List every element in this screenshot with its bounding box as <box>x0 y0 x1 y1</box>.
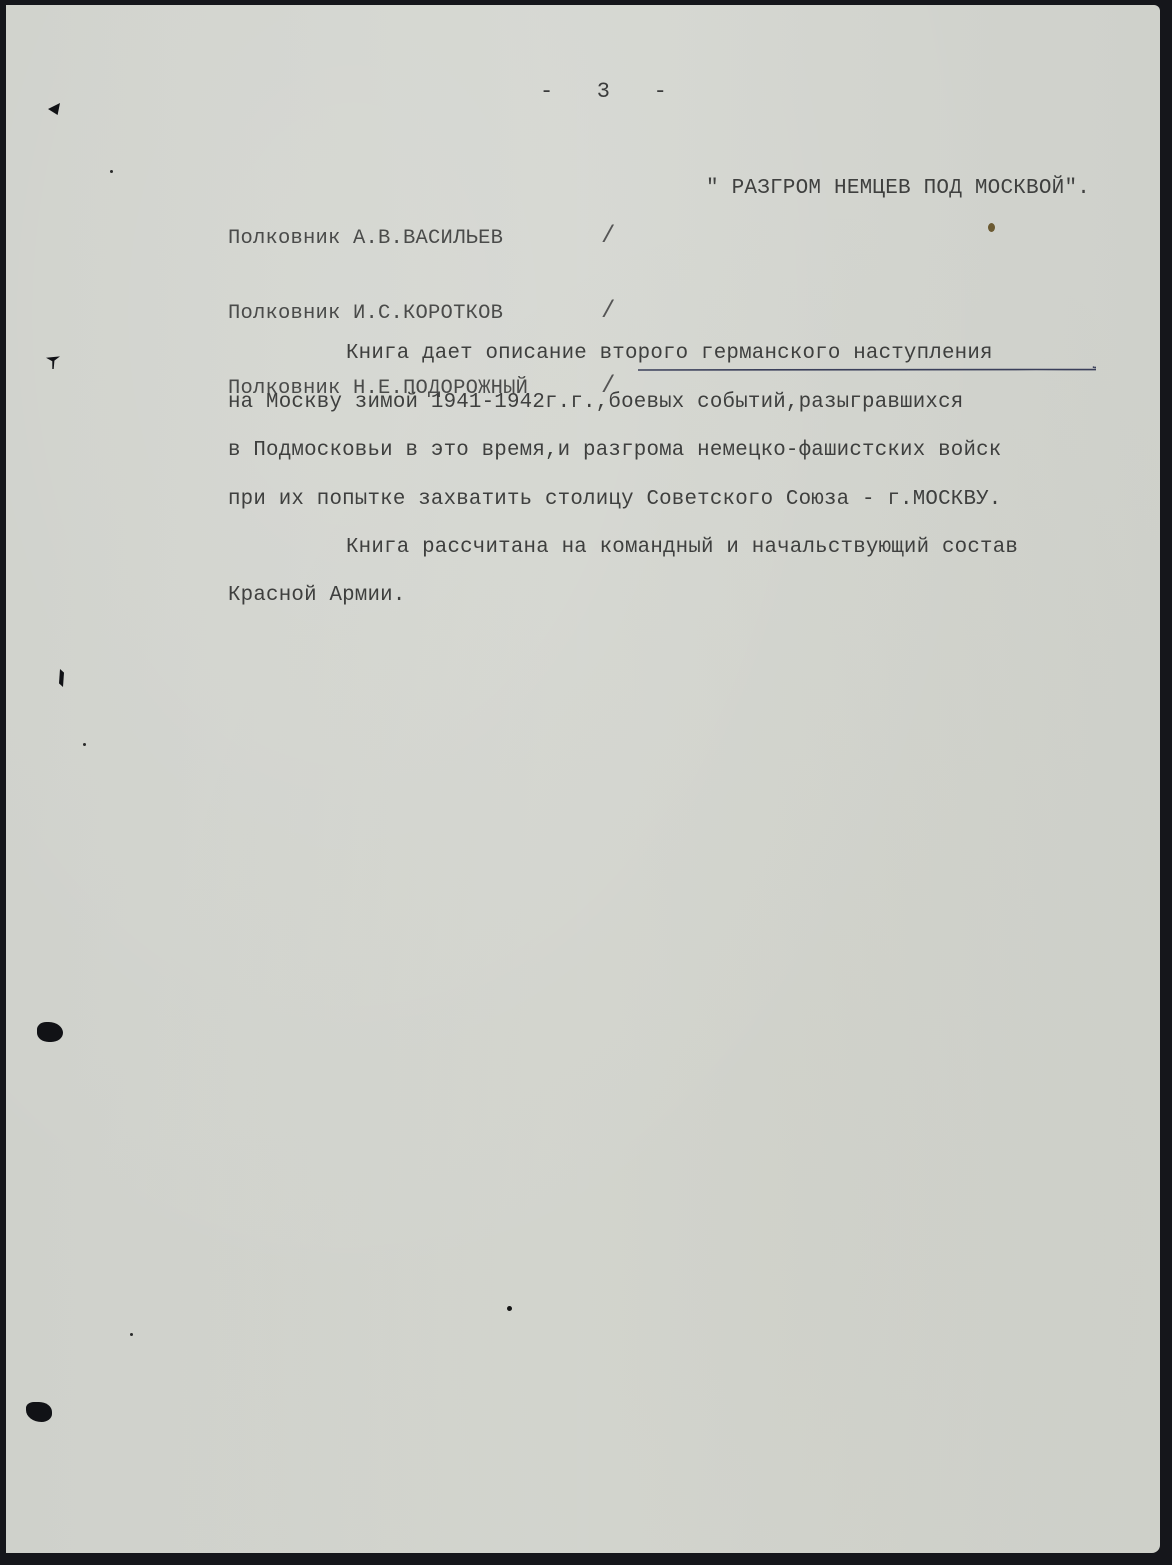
body-line: Книга дает описание второго германского … <box>346 342 993 365</box>
author-rank: Полковник <box>228 302 341 325</box>
author-row: Полковник А.В.ВАСИЛЬЕВ/ <box>228 226 528 251</box>
handwritten-underline <box>636 366 1096 372</box>
body-line: Книга рассчитана на командный и начальст… <box>346 536 1018 559</box>
paper-speck <box>988 223 995 232</box>
paper-speck <box>507 1306 512 1311</box>
paper-speck <box>130 1333 133 1336</box>
paper-speck <box>110 170 113 173</box>
body-line: при их попытке захватить столицу Советск… <box>228 488 1002 511</box>
body-line: в Подмосковьи в это время,и разгрома нем… <box>228 439 1002 462</box>
author-name: И.С.КОРОТКОВ <box>353 302 503 325</box>
author-name: А.В.ВАСИЛЬЕВ <box>353 227 503 250</box>
body-line: Красной Армии. <box>228 584 406 607</box>
book-title: " РАЗГРОМ НЕМЦЕВ ПОД МОСКВОЙ". <box>706 177 1090 200</box>
paper-speck <box>83 743 86 746</box>
document-page: - 3 - Полковник А.В.ВАСИЛЬЕВ/ Полковник … <box>6 5 1160 1553</box>
punch-hole-mark <box>48 103 60 115</box>
author-separator: / <box>601 224 616 249</box>
punch-hole-mark <box>37 1022 63 1042</box>
author-rank: Полковник <box>228 227 341 250</box>
punch-hole-mark <box>26 1402 52 1422</box>
punch-hole-mark <box>46 355 60 369</box>
body-line: на Москву зимой 1941-1942г.г.,боевых соб… <box>228 391 963 414</box>
author-separator: / <box>601 299 616 324</box>
page-number: - 3 - <box>540 79 667 104</box>
punch-hole-mark <box>57 669 67 687</box>
author-row: Полковник И.С.КОРОТКОВ/ <box>228 301 528 326</box>
